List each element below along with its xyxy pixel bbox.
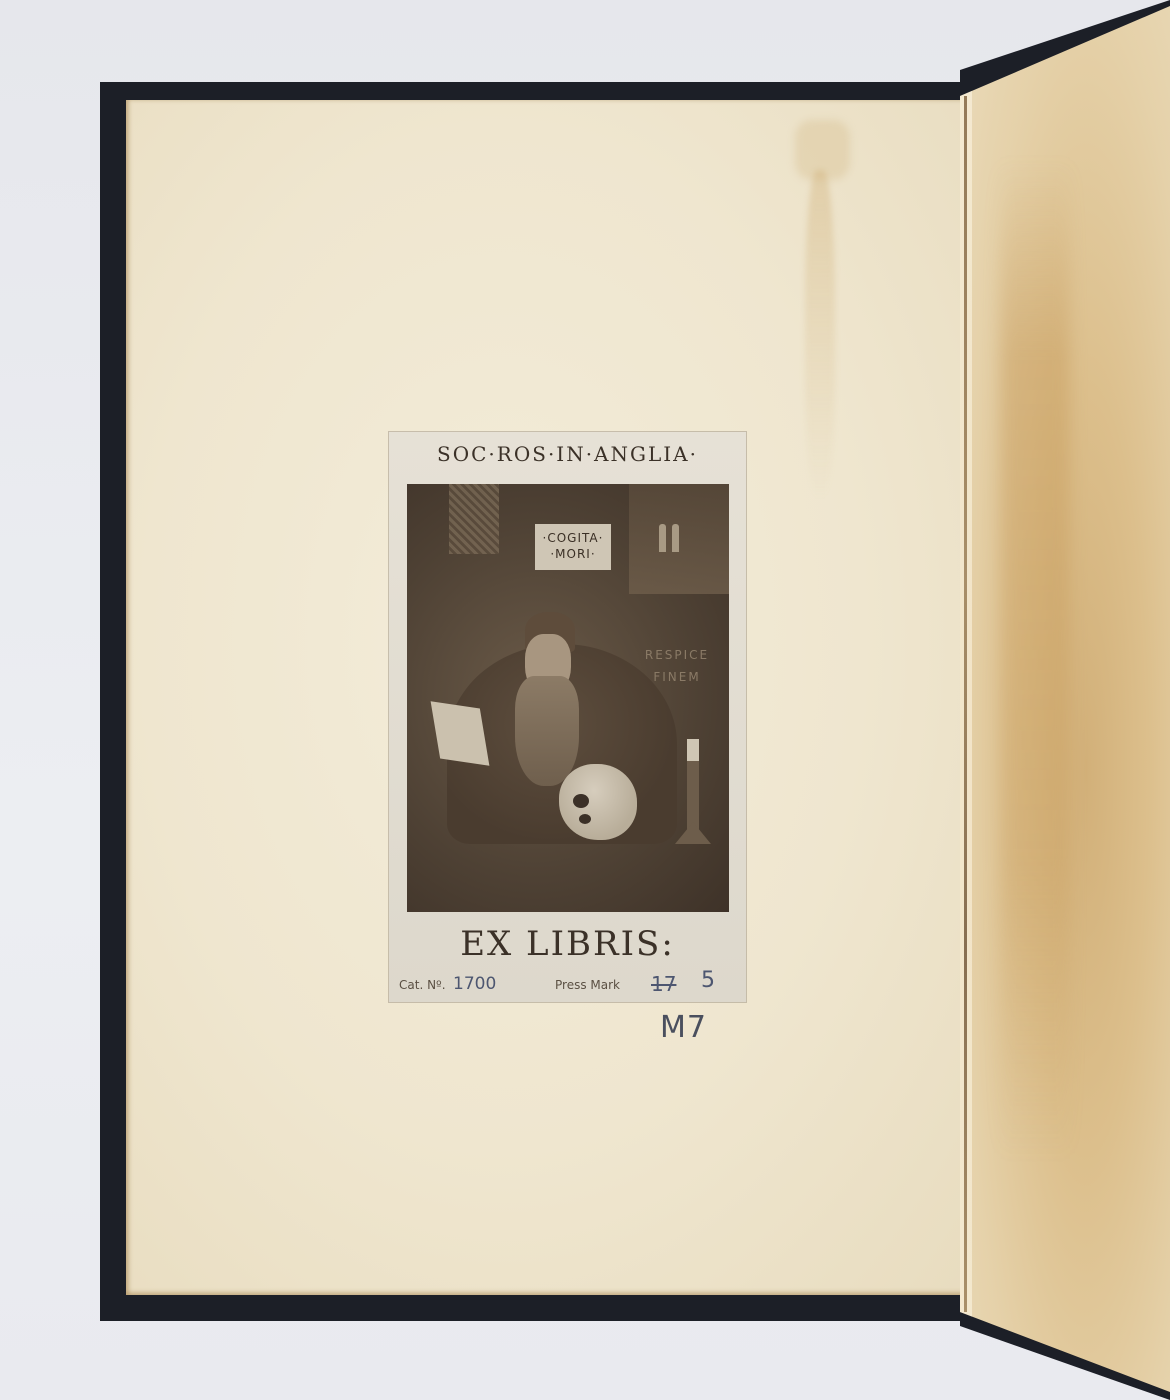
- foxing-stain: [1000, 160, 1070, 1160]
- water-stain: [805, 170, 835, 500]
- bookplate-footer: Cat. Nº. 1700 Press Mark 17 5: [399, 974, 739, 998]
- scholar-beard: [515, 676, 579, 786]
- bookplate-illustration: ·COGITA· ·MORI· RESPICE FINEM: [407, 484, 729, 912]
- inscription-line-2: FINEM: [627, 666, 727, 688]
- ex-libris-bookplate: SOC·ROS·IN·ANGLIA· ·COGITA· ·MORI· RESPI…: [389, 432, 746, 1002]
- cogita-mori-banner: ·COGITA· ·MORI·: [535, 524, 611, 570]
- candlestick-icon: [687, 739, 699, 844]
- press-mark-new-value: 5: [701, 968, 715, 993]
- leaded-window-icon: [449, 484, 499, 554]
- press-mark-struck-value: 17: [651, 972, 676, 996]
- book-photo: SOC·ROS·IN·ANGLIA· ·COGITA· ·MORI· RESPI…: [0, 0, 1170, 1400]
- hinge-gutter: [964, 96, 967, 1312]
- skull-icon: [559, 764, 637, 840]
- press-mark-label: Press Mark: [555, 978, 620, 992]
- ex-libris-title: EX LIBRIS:: [389, 924, 746, 964]
- respice-finem-inscription: RESPICE FINEM: [627, 644, 727, 688]
- bookplate-header: SOC·ROS·IN·ANGLIA·: [389, 442, 746, 466]
- banner-line-1: ·COGITA·: [535, 530, 611, 546]
- handwritten-shelfmark: M7: [660, 1010, 707, 1045]
- cat-no-label: Cat. Nº.: [399, 978, 446, 992]
- banner-line-2: ·MORI·: [535, 546, 611, 562]
- candles-icon: [659, 524, 689, 554]
- cat-no-value: 1700: [453, 974, 496, 994]
- inscription-line-1: RESPICE: [627, 644, 727, 666]
